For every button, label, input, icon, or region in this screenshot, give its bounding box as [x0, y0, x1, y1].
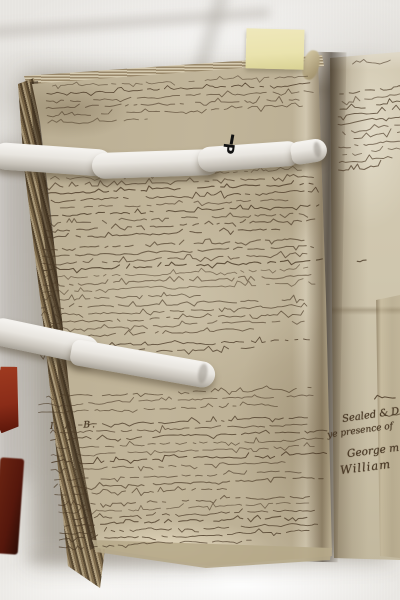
- handwriting-ink-layer: [0, 0, 400, 600]
- sticky-note: [245, 28, 304, 70]
- oath-initials: I. A. B.: [50, 420, 97, 432]
- stamp-letter: P: [218, 142, 238, 162]
- archive-photo: I. A. B. Sealed & D ye presence of Georg…: [0, 0, 400, 600]
